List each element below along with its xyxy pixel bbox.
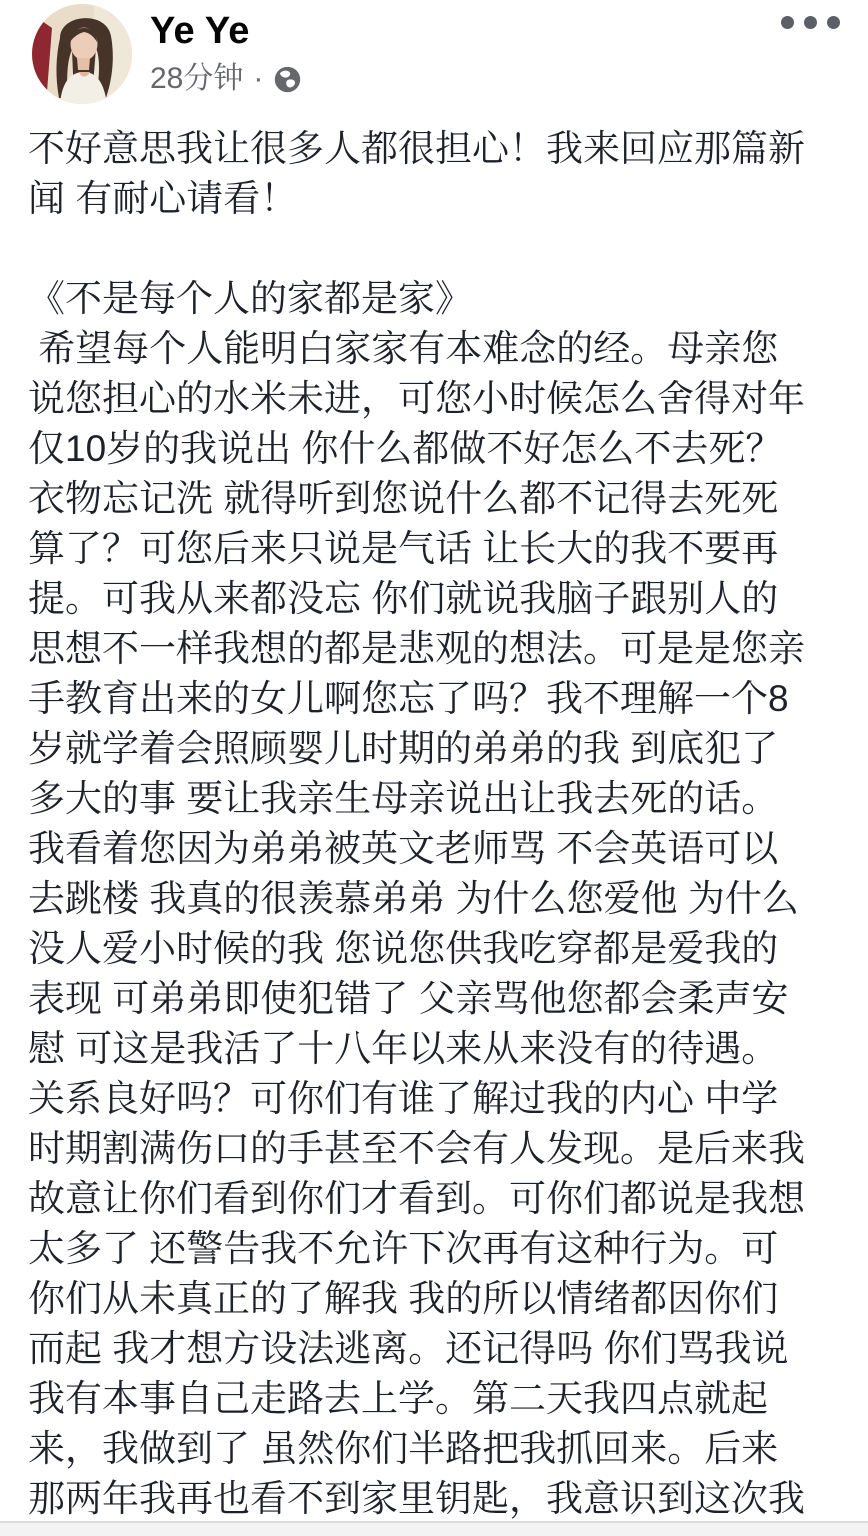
post-subline: 28分钟 ·: [150, 62, 302, 96]
globe-icon: [273, 65, 302, 94]
post-menu-button[interactable]: [775, 10, 846, 35]
header-meta: Ye Ye 28分钟 ·: [150, 4, 302, 96]
ellipsis-dot: [781, 16, 794, 29]
dot-separator: ·: [253, 62, 263, 96]
post-card: Ye Ye 28分钟 · 不好意思我让很多人都很担心！我来回应那篇新 闻 有耐心…: [0, 0, 868, 1536]
avatar[interactable]: [32, 4, 132, 104]
ellipsis-dot: [827, 16, 840, 29]
author-name[interactable]: Ye Ye: [150, 9, 302, 53]
ellipsis-dot: [804, 16, 817, 29]
feed-divider: [0, 1521, 868, 1536]
timestamp[interactable]: 28分钟: [150, 62, 243, 96]
post-text: 不好意思我让很多人都很担心！我来回应那篇新 闻 有耐心请看！ 《不是每个人的家都…: [28, 124, 840, 1524]
post-header: Ye Ye 28分钟 ·: [0, 0, 868, 104]
avatar-photo: [32, 4, 132, 104]
